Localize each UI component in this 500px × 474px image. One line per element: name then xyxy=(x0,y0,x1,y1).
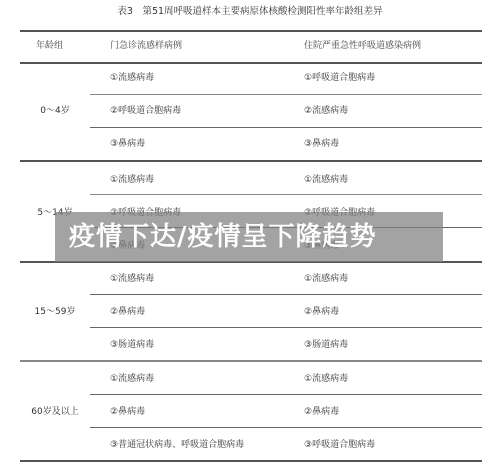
table-cell-outpatient: ③普通冠状病毒、呼吸道合胞病毒 xyxy=(110,439,244,451)
table-cell-outpatient: ②呼吸道合胞病毒 xyxy=(110,105,181,117)
headline-banner: 疫情下达/疫情呈下降趋势 xyxy=(55,212,443,262)
row-divider xyxy=(90,94,482,95)
table-cell-inpatient: ②鼻病毒 xyxy=(304,406,339,418)
table-cell-outpatient: ①流感病毒 xyxy=(110,273,154,285)
table-top-rule xyxy=(20,30,482,32)
headline-text: 疫情下达/疫情呈下降趋势 xyxy=(69,212,377,262)
table-cell-outpatient: ①流感病毒 xyxy=(110,72,154,84)
table-title: 表3 第51周呼吸道样本主要病原体核酸检测阳性率年龄组差异 xyxy=(0,4,500,20)
row-divider xyxy=(90,194,482,195)
table-cell-inpatient: ②流感病毒 xyxy=(304,105,348,117)
table-cell-outpatient: ②鼻病毒 xyxy=(110,306,145,318)
row-divider xyxy=(90,327,482,328)
table-cell-outpatient: ③鼻病毒 xyxy=(110,138,145,150)
table-cell-inpatient: ①流感病毒 xyxy=(304,174,348,186)
table-cell-outpatient: ②鼻病毒 xyxy=(110,406,145,418)
header-age-group: 年龄组 xyxy=(36,40,63,52)
header-inpatient: 住院严重急性呼吸道感染病例 xyxy=(304,40,421,52)
row-divider xyxy=(90,294,482,295)
group-divider xyxy=(20,360,482,362)
table-bottom-rule xyxy=(20,460,482,462)
age-group-cell: 60岁及以上 xyxy=(20,406,90,418)
table-cell-outpatient: ①流感病毒 xyxy=(110,174,154,186)
table-cell-inpatient: ①呼吸道合胞病毒 xyxy=(304,72,375,84)
row-divider xyxy=(90,127,482,128)
table-cell-inpatient: ①流感病毒 xyxy=(304,373,348,385)
row-divider xyxy=(90,394,482,395)
row-divider xyxy=(90,427,482,428)
table-cell-inpatient: ③呼吸道合胞病毒 xyxy=(304,439,375,451)
age-group-cell: 0～4岁 xyxy=(20,105,90,117)
table-cell-inpatient: ②鼻病毒 xyxy=(304,306,339,318)
age-group-cell: 15～59岁 xyxy=(20,306,90,318)
table-cell-inpatient: ③肠道病毒 xyxy=(304,339,348,351)
table-cell-inpatient: ③鼻病毒 xyxy=(304,138,339,150)
table-cell-outpatient: ③肠道病毒 xyxy=(110,339,154,351)
group-divider xyxy=(20,160,482,162)
table-cell-outpatient: ①流感病毒 xyxy=(110,373,154,385)
table-cell-inpatient: ①流感病毒 xyxy=(304,273,348,285)
header-bottom-rule xyxy=(20,62,482,64)
header-outpatient: 门急诊流感样病例 xyxy=(110,40,182,52)
